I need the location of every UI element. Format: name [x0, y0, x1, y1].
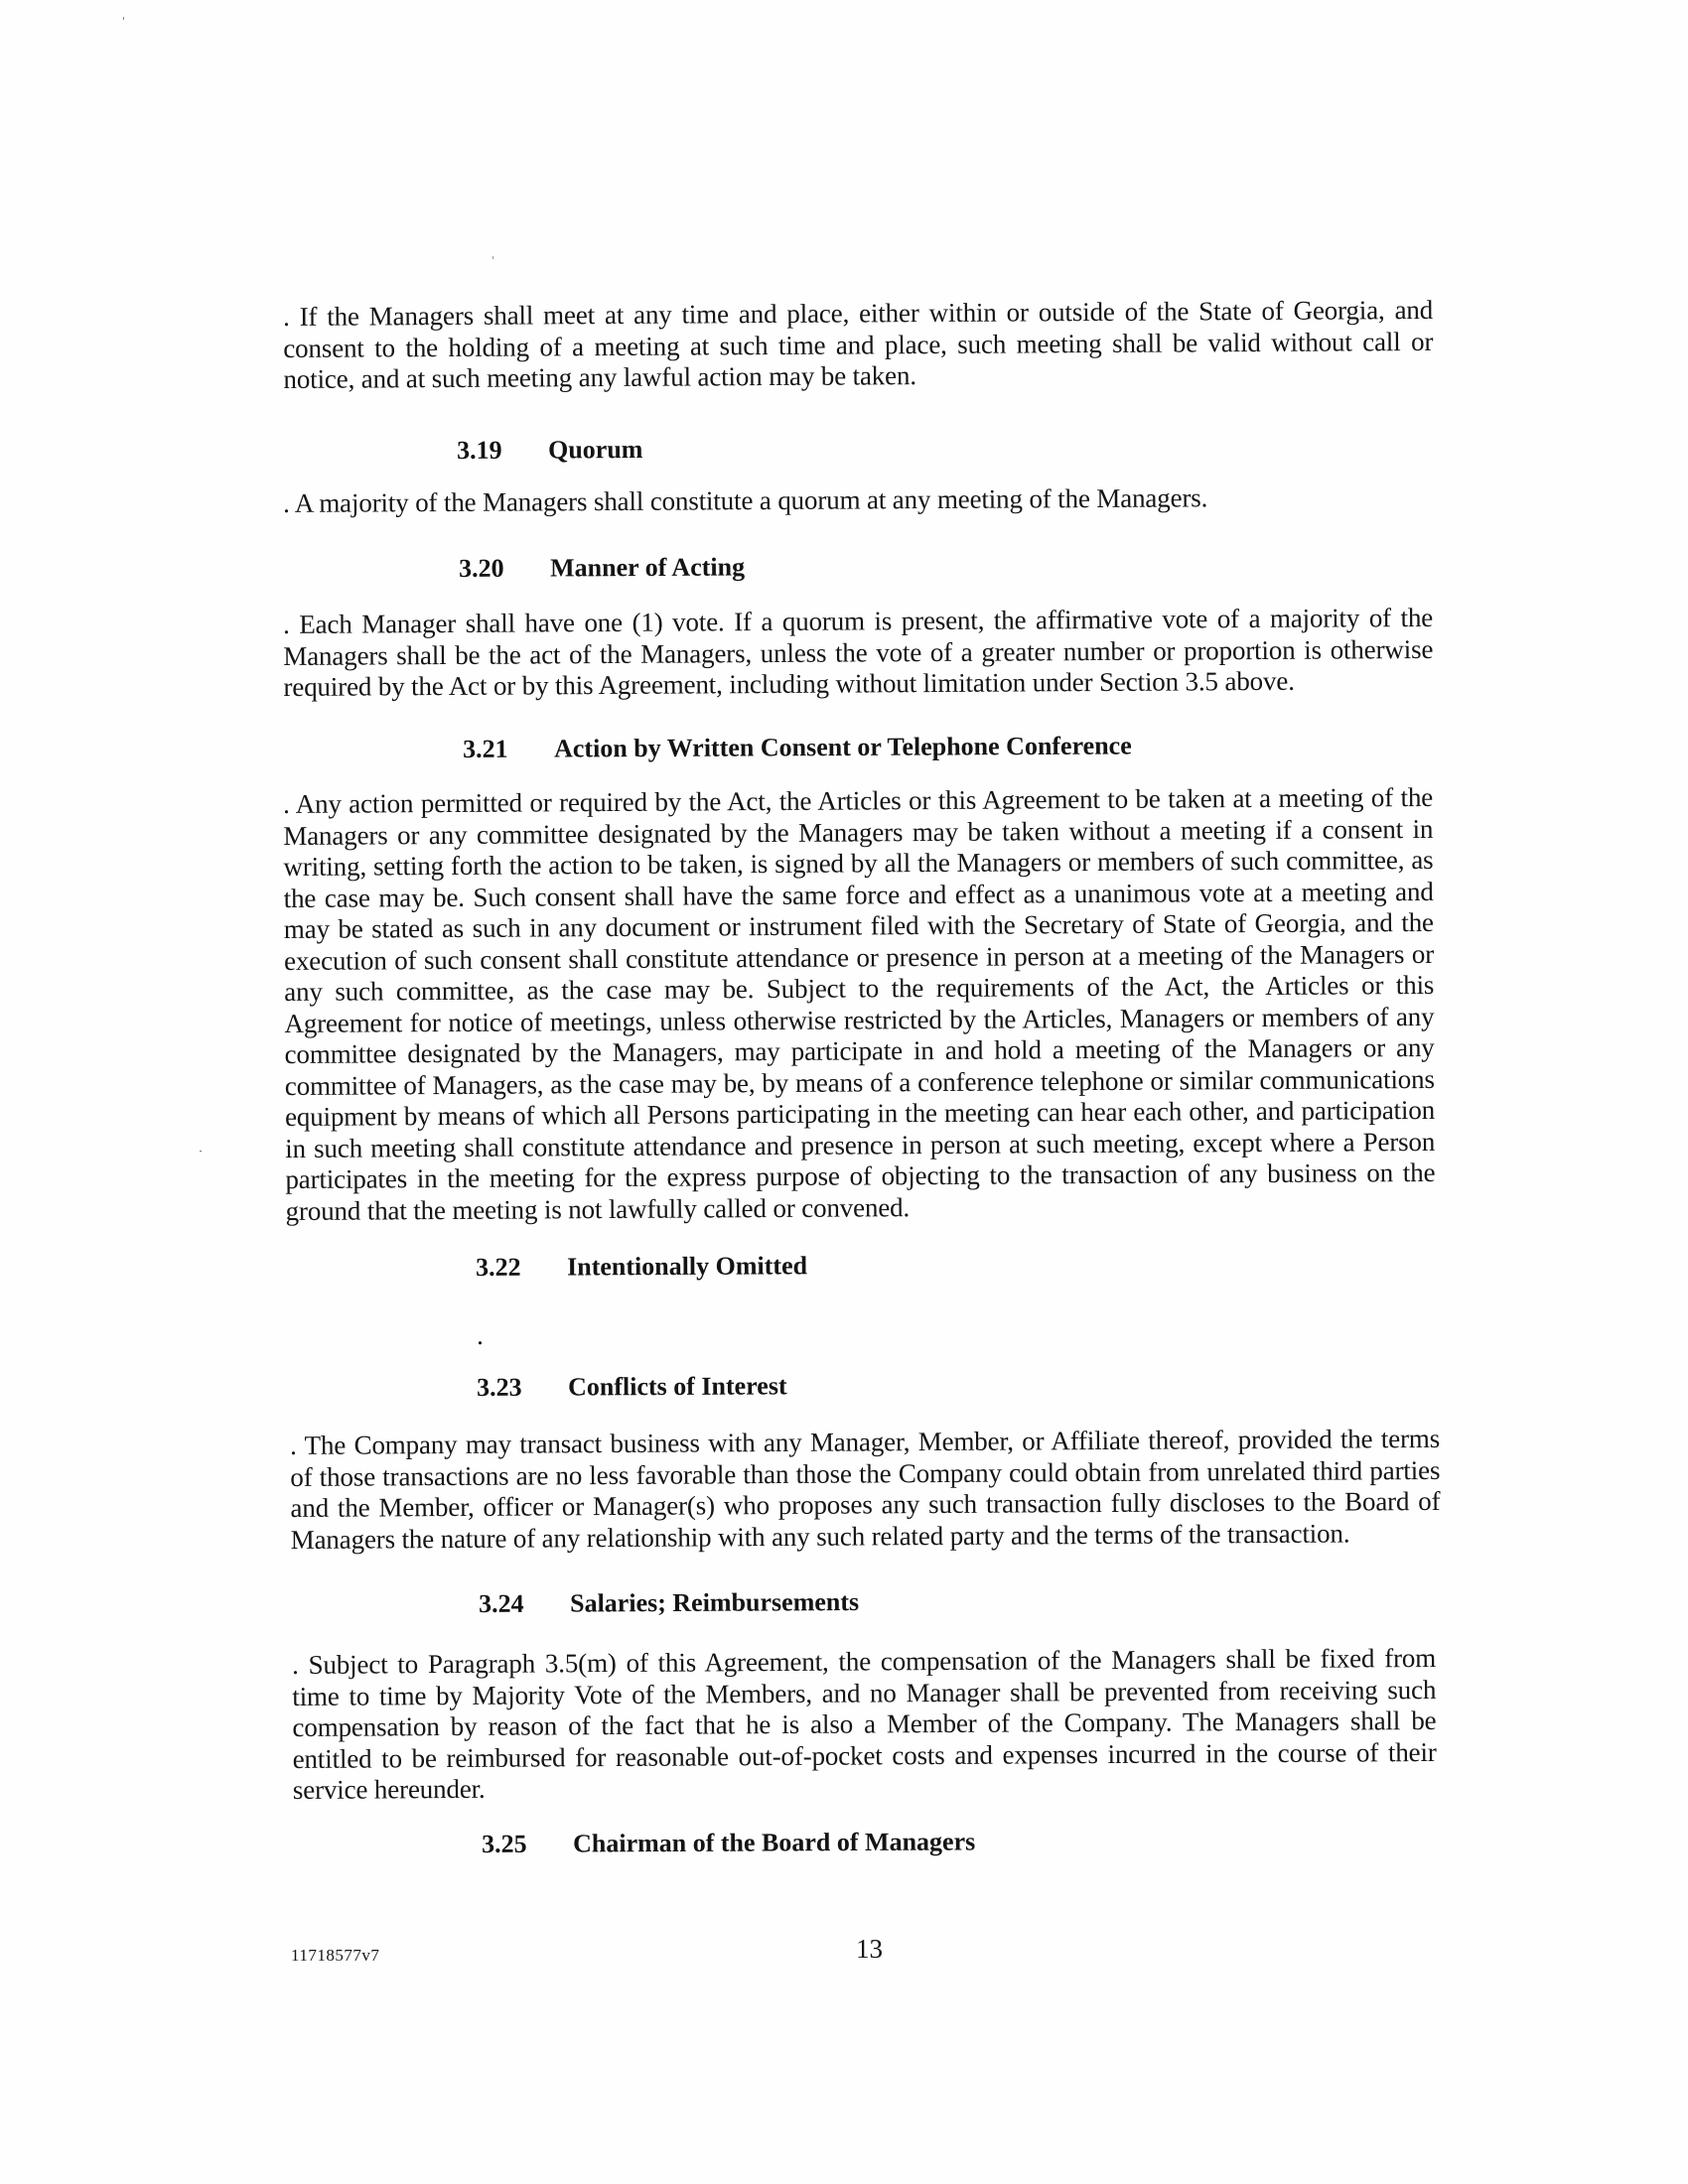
section-heading-3-25: 3.25Chairman of the Board of Managers: [482, 1827, 975, 1859]
section-title: Quorum: [548, 435, 642, 464]
section-number: 3.21: [463, 735, 554, 764]
section-title: Intentionally Omitted: [567, 1251, 807, 1281]
section-heading-3-22: 3.22Intentionally Omitted: [476, 1251, 807, 1283]
section-number: 3.24: [479, 1589, 570, 1619]
section-body-3-20: . Each Manager shall have one (1) vote. …: [283, 603, 1434, 704]
section-heading-3-21: 3.21Action by Written Consent or Telepho…: [463, 731, 1132, 764]
section-heading-3-23: 3.23Conflicts of Interest: [477, 1371, 787, 1403]
section-title: Action by Written Consent or Telephone C…: [554, 731, 1132, 762]
section-number: 3.23: [477, 1373, 568, 1403]
section-title: Manner of Acting: [550, 552, 745, 582]
section-number: 3.22: [476, 1253, 567, 1283]
intro-paragraph: . If the Managers shall meet at any time…: [283, 295, 1434, 396]
section-body-3-19: . A majority of the Managers shall const…: [283, 481, 1433, 520]
document-page: . If the Managers shall meet at any time…: [0, 0, 1688, 2184]
section-body-3-22: .: [477, 1320, 516, 1352]
section-title: Chairman of the Board of Managers: [573, 1827, 975, 1857]
section-heading-3-19: 3.19Quorum: [457, 435, 642, 466]
section-number: 3.25: [482, 1830, 573, 1859]
scan-speck: [200, 1151, 202, 1152]
scan-speck: [492, 256, 493, 259]
section-body-3-24: . Subject to Paragraph 3.5(m) of this Ag…: [292, 1643, 1437, 1807]
section-number: 3.20: [459, 554, 550, 584]
section-body-3-21: . Any action permitted or required by th…: [283, 782, 1436, 1227]
scan-speck: [123, 17, 124, 20]
page-number: 13: [856, 1934, 883, 1965]
section-title: Conflicts of Interest: [568, 1371, 787, 1401]
section-title: Salaries; Reimbursements: [570, 1587, 859, 1618]
section-body-3-23: . The Company may transact business with…: [290, 1424, 1441, 1556]
section-heading-3-20: 3.20Manner of Acting: [459, 552, 745, 584]
document-id: 11718577v7: [291, 1946, 379, 1966]
section-heading-3-24: 3.24Salaries; Reimbursements: [479, 1587, 859, 1619]
section-number: 3.19: [457, 436, 548, 466]
